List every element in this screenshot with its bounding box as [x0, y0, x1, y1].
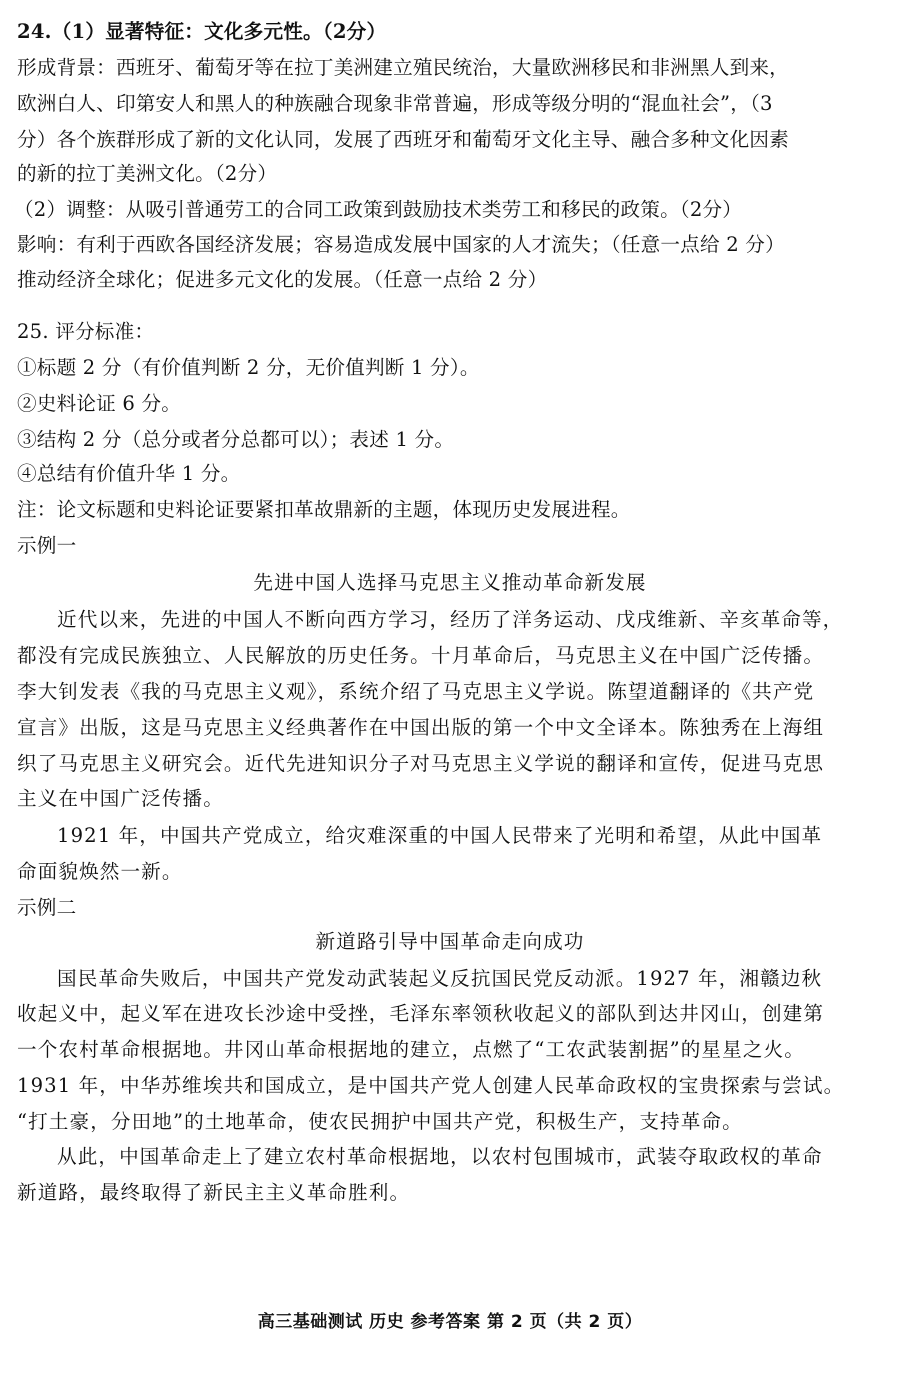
example-2-paragraph-line: 收起义中，起义军在进攻长沙途中受挫，毛泽东率领秋收起义的部队到达井冈山，创建第: [17, 1001, 883, 1027]
example-2-paragraph-line: 从此，中国革命走上了建立农村革命根据地，以农村包围城市，武装夺取政权的革命: [57, 1144, 883, 1170]
example-1-paragraph-line: 主义在中国广泛传播。: [17, 786, 883, 812]
page-footer: 高三基础测试 历史 参考答案 第 2 页（共 2 页）: [0, 1307, 900, 1332]
q24-text-line: 推动经济全球化；促进多元文化的发展。（任意一点给 2 分）: [17, 267, 883, 293]
q25-criterion-1: ①标题 2 分（有价值判断 2 分，无价值判断 1 分）。: [17, 355, 883, 381]
example-2-title: 新道路引导中国革命走向成功: [0, 929, 900, 955]
example-2-label: 示例二: [17, 895, 883, 921]
q25-criterion-2: ②史料论证 6 分。: [17, 391, 883, 417]
example-1-paragraph-line: 命面貌焕然一新。: [17, 859, 883, 885]
example-1-title: 先进中国人选择马克思主义推动革命新发展: [0, 570, 900, 596]
example-2-paragraph-line: 国民革命失败后，中国共产党发动武装起义反抗国民党反动派。1927 年，湘赣边秋: [57, 966, 883, 992]
q25-criterion-3: ③结构 2 分（总分或者分总都可以）；表述 1 分。: [17, 427, 883, 453]
q25-criterion-4: ④总结有价值升华 1 分。: [17, 461, 883, 487]
example-1-paragraph-line: 1921 年，中国共产党成立，给灾难深重的中国人民带来了光明和希望，从此中国革: [57, 823, 883, 849]
q25-heading: 25. 评分标准：: [17, 319, 883, 345]
example-1-paragraph-line: 李大钊发表《我的马克思主义观》，系统介绍了马克思主义学说。陈望道翻译的《共产党: [17, 679, 883, 705]
q24-text-line: 分）各个族群形成了新的文化认同，发展了西班牙和葡萄牙文化主导、融合多种文化因素: [17, 127, 883, 153]
q24-text-line: 欧洲白人、印第安人和黑人的种族融合现象非常普遍，形成等级分明的“混血社会”，（3: [17, 91, 883, 117]
example-2-paragraph-line: 新道路，最终取得了新民主主义革命胜利。: [17, 1180, 883, 1206]
q24-part2-heading: （2）调整：从吸引普通劳工的合同工政策到鼓励技术类劳工和移民的政策。（2分）: [14, 197, 880, 223]
example-2-paragraph-line: 1931 年，中华苏维埃共和国成立，是中国共产党人创建人民革命政权的宝贵探索与尝…: [17, 1073, 883, 1099]
q24-text-line: 的新的拉丁美洲文化。（2分）: [17, 161, 883, 187]
example-1-label: 示例一: [17, 533, 883, 559]
example-1-paragraph-line: 织了马克思主义研究会。近代先进知识分子对马克思主义学说的翻译和宣传，促进马克思: [17, 751, 883, 777]
example-1-paragraph-line: 近代以来，先进的中国人不断向西方学习，经历了洋务运动、戊戌维新、辛亥革命等，: [57, 607, 883, 633]
example-1-paragraph-line: 都没有完成民族独立、人民解放的历史任务。十月革命后，马克思主义在中国广泛传播。: [17, 643, 883, 669]
q24-heading: 24.（1）显著特征：文化多元性。（2分）: [17, 19, 883, 45]
q25-note: 注：论文标题和史料论证要紧扣革故鼎新的主题，体现历史发展进程。: [17, 497, 883, 523]
example-2-paragraph-line: “打土豪，分田地”的土地革命，使农民拥护中国共产党，积极生产，支持革命。: [17, 1109, 883, 1135]
example-2-paragraph-line: 一个农村革命根据地。井冈山革命根据地的建立，点燃了“工农武装割据”的星星之火。: [17, 1037, 883, 1063]
example-1-paragraph-line: 宣言》出版，这是马克思主义经典著作在中国出版的第一个中文全译本。陈独秀在上海组: [17, 715, 883, 741]
q24-text-line: 形成背景：西班牙、葡萄牙等在拉丁美洲建立殖民统治，大量欧洲移民和非洲黑人到来，: [17, 55, 883, 81]
q24-text-line: 影响：有利于西欧各国经济发展；容易造成发展中国家的人才流失；（任意一点给 2 分…: [17, 232, 883, 258]
